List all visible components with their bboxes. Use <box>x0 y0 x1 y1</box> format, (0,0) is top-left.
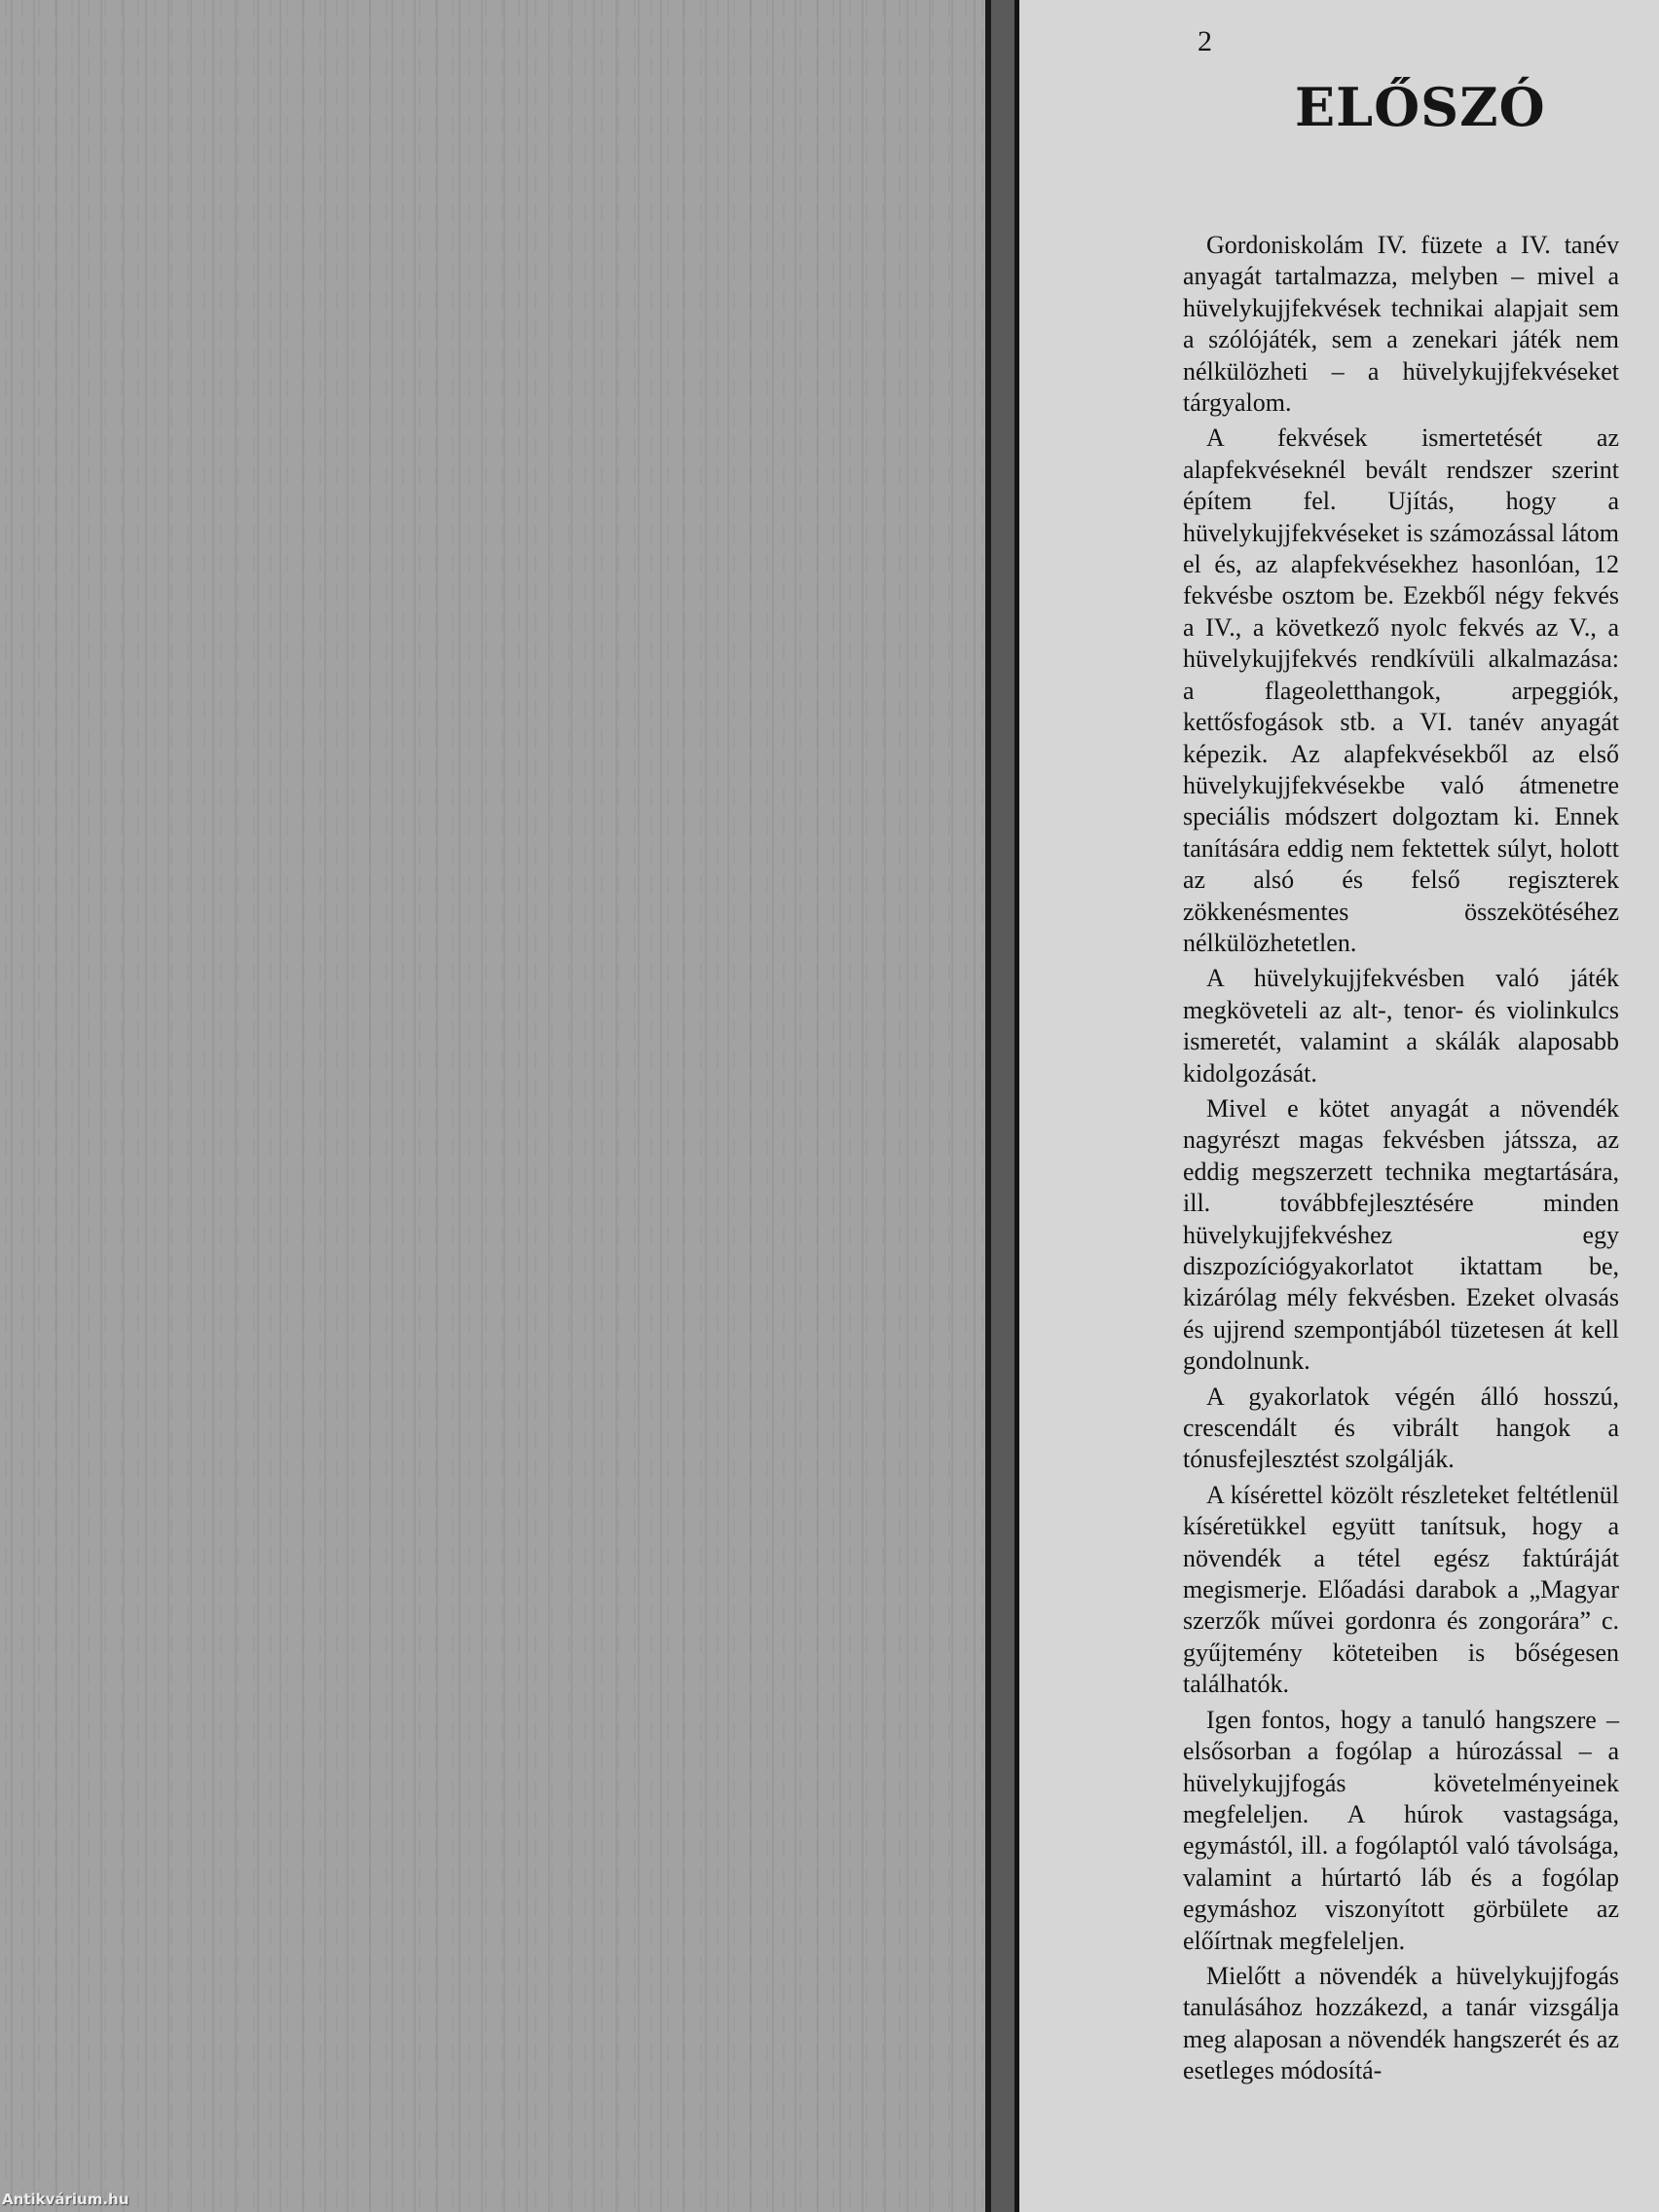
paragraph: A gyakorlatok végén álló hosszú, crescen… <box>1183 1382 1619 1476</box>
book-spine <box>991 0 1014 2212</box>
paragraph: A fekvések ismertetését az alapfekvésekn… <box>1183 423 1619 959</box>
watermark: Antikvárium.hu <box>2 2191 129 2208</box>
book-cover-wood-grain <box>0 0 987 2212</box>
paragraph: A hüvelykujjfekvésben való játék megköve… <box>1183 963 1619 1089</box>
page-number: 2 <box>1198 25 1212 58</box>
paragraph: Mielőtt a növendék a hüvelykujjfogás tan… <box>1183 1961 1619 2087</box>
paragraph: A kísérettel közölt részleteket feltétle… <box>1183 1480 1619 1701</box>
paragraph: Igen fontos, hogy a tanuló hangszere – e… <box>1183 1705 1619 1957</box>
paragraph: Gordoniskolám IV. füzete a IV. tanév any… <box>1183 230 1619 419</box>
page-title: ELŐSZÓ <box>1295 76 1546 138</box>
paragraph: Mivel e kötet anyagát a növendék nagyrés… <box>1183 1093 1619 1378</box>
preface-text: Gordoniskolám IV. füzete a IV. tanév any… <box>1183 230 1619 2091</box>
